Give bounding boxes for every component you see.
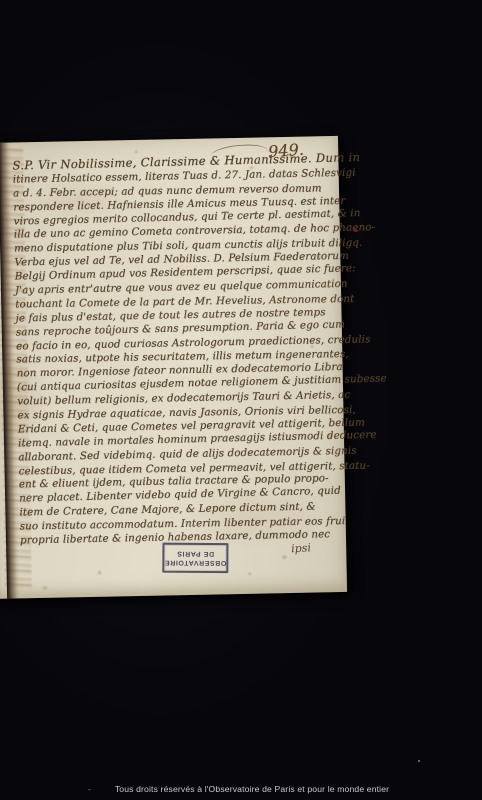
copyright-notice: - Tous droits réservés à l'Observatoire … bbox=[0, 784, 482, 794]
scan-background: 949. S.P. Vir Nobilissime, Clarissime & … bbox=[0, 0, 482, 800]
observatoire-stamp: OBSERVATOIRE DE PARIS bbox=[162, 543, 228, 573]
manuscript-page: 949. S.P. Vir Nobilissime, Clarissime & … bbox=[0, 136, 347, 599]
dust-speck bbox=[418, 760, 420, 762]
stamp-line2: DE PARIS bbox=[177, 549, 214, 557]
stamp-line1: OBSERVATOIRE bbox=[164, 558, 226, 566]
letter-body: S.P. Vir Nobilissime, Clarissime & Human… bbox=[12, 153, 340, 548]
footer-text: Tous droits réservés à l'Observatoire de… bbox=[115, 784, 389, 794]
catchword: ipsi bbox=[291, 541, 311, 555]
footer-dash: - bbox=[88, 784, 91, 794]
